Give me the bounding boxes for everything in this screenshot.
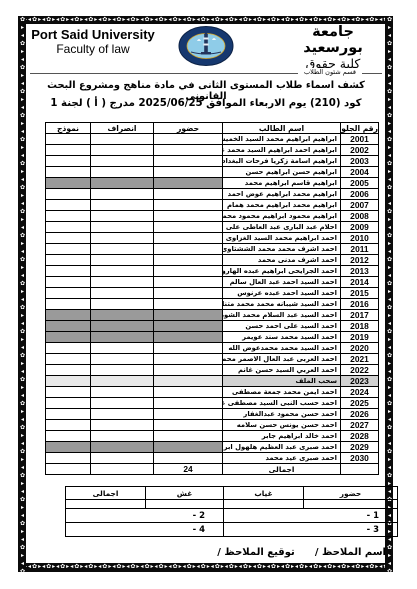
attendance-cell — [154, 255, 223, 266]
student-name-cell: احمد حسن يونس حسن سلامه — [223, 420, 341, 431]
note-line-2: 2 - — [66, 509, 224, 523]
attendance-cell — [154, 332, 223, 343]
seat-number-cell: 2010 — [341, 233, 379, 244]
seat-number-cell: 2025 — [341, 398, 379, 409]
attendance-header: حضور — [154, 123, 223, 134]
student-row: 2011احمد اشرف محمد محمد الششتاوى — [46, 244, 379, 255]
form-cell — [46, 387, 91, 398]
leave-cell — [91, 442, 154, 453]
form-header: نموذج — [46, 123, 91, 134]
seat-number-cell: 2007 — [341, 200, 379, 211]
attendance-cell — [154, 453, 223, 464]
student-row: 2018احمد السيد على احمد حسن — [46, 321, 379, 332]
student-row: 2028احمد خالد ابراهيم جابر — [46, 431, 379, 442]
seat-number-cell: 2021 — [341, 354, 379, 365]
leave-cell — [91, 277, 154, 288]
student-name-cell: احمد ايمن محمد جمعة مصطفى — [223, 387, 341, 398]
leave-cell — [91, 409, 154, 420]
attendance-cell — [154, 321, 223, 332]
student-row: 2010احمد ابراهيم محمد السيد الغزاوى — [46, 233, 379, 244]
form-cell — [46, 167, 91, 178]
attendance-cell — [154, 222, 223, 233]
student-name-cell: احمد حسب النبى السيد مصطفى على — [223, 398, 341, 409]
leave-cell — [91, 420, 154, 431]
leave-cell — [91, 134, 154, 145]
attendance-cell — [154, 299, 223, 310]
university-name-en-line: Port Said University — [28, 27, 158, 42]
seat-number-cell: 2002 — [341, 145, 379, 156]
university-name-arabic: جامعة بورسعيد كلية حقوق — [285, 24, 381, 71]
form-cell — [46, 365, 91, 376]
leave-cell — [91, 354, 154, 365]
form-cell — [46, 310, 91, 321]
student-name-cell: احمد السيد احمد عبده عرنوس — [223, 288, 341, 299]
total-label-cell: اجمالى — [223, 464, 341, 475]
form-cell — [46, 442, 91, 453]
summary-attendance-value-cell — [304, 500, 398, 509]
student-row: 2019احمد السيد محمد سند عويمر — [46, 332, 379, 343]
student-name-cell: احمد اشرف مدنى محمد — [223, 255, 341, 266]
summary-note-row-1: 1 - 2 - — [66, 509, 398, 523]
total-attendance-cell: 24 — [154, 464, 223, 475]
student-row: 2008ابراهيم محمود ابراهيم محمود محمد — [46, 211, 379, 222]
form-cell — [46, 244, 91, 255]
student-name-cell: احمد العربي السيد حسن غانم — [223, 365, 341, 376]
form-cell — [46, 134, 91, 145]
attendance-cell — [154, 442, 223, 453]
leave-cell — [91, 167, 154, 178]
seat-number-cell: 2024 — [341, 387, 379, 398]
student-name-cell: احمد السيد شيبانه محمد محمد متناوى — [223, 299, 341, 310]
form-cell — [46, 376, 91, 387]
student-name-cell: احمد صبرى عيد محمد — [223, 453, 341, 464]
form-cell — [46, 277, 91, 288]
seat-number-cell: 2022 — [341, 365, 379, 376]
attendance-cell — [154, 134, 223, 145]
student-row: 2001ابراهيم ابراهيم محمد السيد الخميسى — [46, 134, 379, 145]
seat-number-cell: 2001 — [341, 134, 379, 145]
student-name-cell: ابراهيم محمد ابراهيم عوض احمد — [223, 189, 341, 200]
student-name-cell: احمد حسن محمود عبدالغفار — [223, 409, 341, 420]
faculty-name-en-line: Faculty of law — [28, 42, 158, 56]
student-name-cell: احمد الجرايحى ابراهيم عبده الهارونى — [223, 266, 341, 277]
attendance-table: رقم الجلوس اسم الطالب حضور انصراف نموذج … — [45, 122, 379, 475]
total-seat-cell — [341, 464, 379, 475]
seat-number-cell: 2009 — [341, 222, 379, 233]
student-row: 2017احمد السيد عبد السلام محمد الشوه — [46, 310, 379, 321]
ornamental-border-top: ✿▸◂✿▸◂✿▸◂✿▸◂✿▸◂✿▸◂✿▸◂✿▸◂✿▸◂✿▸◂✿▸◂✿▸◂✿▸◂✿… — [18, 16, 393, 24]
form-cell — [46, 332, 91, 343]
student-row: 2016احمد السيد شيبانه محمد محمد متناوى — [46, 299, 379, 310]
student-row: 2005ابراهيم قاسم ابراهيم محمد — [46, 178, 379, 189]
student-name-cell: احمد اشرف محمد محمد الششتاوى — [223, 244, 341, 255]
form-cell — [46, 233, 91, 244]
attendance-cell — [154, 200, 223, 211]
form-cell — [46, 354, 91, 365]
leave-cell — [91, 332, 154, 343]
student-row: 2004ابراهيم حسن ابراهيم حسن — [46, 167, 379, 178]
student-row: 2027احمد حسن يونس حسن سلامه — [46, 420, 379, 431]
form-cell — [46, 453, 91, 464]
form-cell — [46, 288, 91, 299]
student-name-cell: احمد العربى عبد العال الاصمر محمد — [223, 354, 341, 365]
attendance-cell — [154, 233, 223, 244]
student-row: 2007ابراهيم محمد ابراهيم محمد همام — [46, 200, 379, 211]
summary-note-row-2: 3 - 4 - — [66, 523, 398, 537]
form-cell — [46, 222, 91, 233]
university-name-ar-line: جامعة بورسعيد — [285, 24, 381, 56]
student-name-cell: احمد ابراهيم محمد السيد الغزاوى — [223, 233, 341, 244]
note-line-1: 1 - — [224, 509, 398, 523]
attendance-table-body: 2001ابراهيم ابراهيم محمد السيد الخميسى20… — [46, 134, 379, 464]
observer-name-label: اسم الملاحظ / — [296, 547, 386, 558]
summary-cheating-value-cell — [146, 500, 224, 509]
form-cell — [46, 178, 91, 189]
form-cell — [46, 343, 91, 354]
leave-cell — [91, 343, 154, 354]
total-form-cell — [46, 464, 91, 475]
student-row: 2003ابراهيم اسامة زكريا فرحات البغدادى — [46, 156, 379, 167]
attendance-cell — [154, 178, 223, 189]
student-name-cell: احلام عبد البارى عبد العاطى على — [223, 222, 341, 233]
university-name-english: Port Said University Faculty of law — [28, 27, 158, 56]
student-name-cell: احمد السيد محمد سند عويمر — [223, 332, 341, 343]
student-row: 2015احمد السيد احمد عبده عرنوس — [46, 288, 379, 299]
student-name-cell: سحب الملف — [223, 376, 341, 387]
leave-cell — [91, 266, 154, 277]
ornamental-border-bottom: ✿▸◂✿▸◂✿▸◂✿▸◂✿▸◂✿▸◂✿▸◂✿▸◂✿▸◂✿▸◂✿▸◂✿▸◂✿▸◂✿… — [18, 563, 393, 572]
leave-cell — [91, 211, 154, 222]
seat-number-cell: 2003 — [341, 156, 379, 167]
seat-number-cell: 2028 — [341, 431, 379, 442]
student-name-cell: ابراهيم قاسم ابراهيم محمد — [223, 178, 341, 189]
student-row: 2030احمد صبرى عيد محمد — [46, 453, 379, 464]
seat-number-cell: 2011 — [341, 244, 379, 255]
attendance-cell — [154, 211, 223, 222]
student-row: 2024احمد ايمن محمد جمعة مصطفى — [46, 387, 379, 398]
leave-cell — [91, 145, 154, 156]
student-name-cell: ابراهيم حسن ابراهيم حسن — [223, 167, 341, 178]
leave-cell — [91, 376, 154, 387]
student-name-cell: احمد السيد احمد عبد العال سالم — [223, 277, 341, 288]
student-row: 2029احمد صبرى عبد العظيم هلهول ابراهيم — [46, 442, 379, 453]
form-cell — [46, 409, 91, 420]
seat-number-cell: 2015 — [341, 288, 379, 299]
summary-empty-row — [66, 500, 398, 509]
student-row: 2014احمد السيد احمد عبد العال سالم — [46, 277, 379, 288]
form-cell — [46, 431, 91, 442]
attendance-cell — [154, 288, 223, 299]
form-cell — [46, 321, 91, 332]
sheet-subtitle: كود (210) يوم الاربعاء الموافق 2025/06/2… — [30, 98, 382, 109]
form-cell — [46, 420, 91, 431]
form-cell — [46, 255, 91, 266]
student-row: 2021احمد العربى عبد العال الاصمر محمد — [46, 354, 379, 365]
seat-number-cell: 2005 — [341, 178, 379, 189]
attendance-cell — [154, 189, 223, 200]
attendance-cell — [154, 277, 223, 288]
student-row: 2002ابراهيم احمد ابراهيم السيد محمد عبد … — [46, 145, 379, 156]
seat-number-cell: 2019 — [341, 332, 379, 343]
summary-table: حضور غياب غش اجمالى 1 - 2 - 3 - 4 - — [65, 486, 398, 537]
student-row: 2022احمد العربي السيد حسن غانم — [46, 365, 379, 376]
seat-number-cell: 2026 — [341, 409, 379, 420]
leave-cell — [91, 178, 154, 189]
attendance-cell — [154, 431, 223, 442]
attendance-cell — [154, 266, 223, 277]
leave-cell — [91, 453, 154, 464]
leave-cell — [91, 156, 154, 167]
summary-total-header: اجمالى — [66, 487, 146, 500]
leave-cell — [91, 310, 154, 321]
form-cell — [46, 145, 91, 156]
seat-number-cell: 2016 — [341, 299, 379, 310]
attendance-table-header-row: رقم الجلوس اسم الطالب حضور انصراف نموذج — [46, 123, 379, 134]
seat-number-cell: 2018 — [341, 321, 379, 332]
student-name-cell: ابراهيم اسامة زكريا فرحات البغدادى — [223, 156, 341, 167]
summary-absence-header: غياب — [224, 487, 304, 500]
university-logo-icon — [177, 25, 235, 67]
total-row: اجمالى 24 — [46, 464, 379, 475]
attendance-cell — [154, 343, 223, 354]
form-cell — [46, 299, 91, 310]
attendance-cell — [154, 354, 223, 365]
leave-cell — [91, 288, 154, 299]
leave-cell — [91, 200, 154, 211]
leave-cell — [91, 255, 154, 266]
student-row: 2012احمد اشرف مدنى محمد — [46, 255, 379, 266]
attendance-cell — [154, 387, 223, 398]
student-name-cell: احمد السيد محمد محمدعوض الله — [223, 343, 341, 354]
student-name-header: اسم الطالب — [223, 123, 341, 134]
summary-header-row: حضور غياب غش اجمالى — [66, 487, 398, 500]
seat-number-cell: 2013 — [341, 266, 379, 277]
summary-absence-value-cell — [224, 500, 304, 509]
student-name-cell: احمد خالد ابراهيم جابر — [223, 431, 341, 442]
department-label: قسم شئون الطلاب — [298, 68, 362, 76]
leave-cell — [91, 244, 154, 255]
summary-cheating-header: غش — [146, 487, 224, 500]
summary-attendance-header: حضور — [304, 487, 398, 500]
leave-cell — [91, 222, 154, 233]
student-row: 2013احمد الجرايحى ابراهيم عبده الهارونى — [46, 266, 379, 277]
seat-number-cell: 2017 — [341, 310, 379, 321]
note-line-4: 4 - — [66, 523, 224, 537]
student-row: 2009احلام عبد البارى عبد العاطى على — [46, 222, 379, 233]
seat-number-cell: 2008 — [341, 211, 379, 222]
form-cell — [46, 200, 91, 211]
ornamental-border-left: ✿▸◂✿▸◂✿▸◂✿▸◂✿▸◂✿▸◂✿▸◂✿▸◂✿▸◂✿▸◂✿▸◂✿▸◂✿▸◂✿… — [18, 16, 26, 572]
seat-number-cell: 2012 — [341, 255, 379, 266]
form-cell — [46, 398, 91, 409]
attendance-cell — [154, 409, 223, 420]
note-line-3: 3 - — [224, 523, 398, 537]
seat-number-cell: 2023 — [341, 376, 379, 387]
form-cell — [46, 156, 91, 167]
leave-cell — [91, 431, 154, 442]
leave-cell — [91, 387, 154, 398]
observer-signature-label: توقيع الملاحظ / — [216, 547, 296, 558]
attendance-cell — [154, 420, 223, 431]
total-leave-cell — [91, 464, 154, 475]
attendance-sheet-page: ✿▸◂✿▸◂✿▸◂✿▸◂✿▸◂✿▸◂✿▸◂✿▸◂✿▸◂✿▸◂✿▸◂✿▸◂✿▸◂✿… — [0, 0, 417, 589]
student-name-cell: ابراهيم محمود ابراهيم محمود محمد — [223, 211, 341, 222]
summary-total-value-cell — [66, 500, 146, 509]
attendance-cell — [154, 398, 223, 409]
leave-cell — [91, 321, 154, 332]
seat-number-cell: 2029 — [341, 442, 379, 453]
seat-number-cell: 2014 — [341, 277, 379, 288]
seat-number-header: رقم الجلوس — [341, 123, 379, 134]
seat-number-cell: 2020 — [341, 343, 379, 354]
seat-number-cell: 2027 — [341, 420, 379, 431]
attendance-cell — [154, 167, 223, 178]
student-row: 2026احمد حسن محمود عبدالغفار — [46, 409, 379, 420]
student-row: 2006ابراهيم محمد ابراهيم عوض احمد — [46, 189, 379, 200]
attendance-cell — [154, 244, 223, 255]
attendance-cell — [154, 156, 223, 167]
student-name-cell: احمد السيد عبد السلام محمد الشوه — [223, 310, 341, 321]
form-cell — [46, 266, 91, 277]
leave-cell — [91, 233, 154, 244]
student-row: 2023سحب الملف — [46, 376, 379, 387]
student-name-cell: ابراهيم احمد ابراهيم السيد محمد عبد الرح… — [223, 145, 341, 156]
leave-cell — [91, 299, 154, 310]
form-cell — [46, 189, 91, 200]
leave-cell — [91, 398, 154, 409]
seat-number-cell: 2006 — [341, 189, 379, 200]
leave-header: انصراف — [91, 123, 154, 134]
seat-number-cell: 2004 — [341, 167, 379, 178]
student-name-cell: احمد السيد على احمد حسن — [223, 321, 341, 332]
attendance-cell — [154, 145, 223, 156]
form-cell — [46, 211, 91, 222]
attendance-cell — [154, 310, 223, 321]
student-name-cell: احمد صبرى عبد العظيم هلهول ابراهيم — [223, 442, 341, 453]
student-row: 2020احمد السيد محمد محمدعوض الله — [46, 343, 379, 354]
attendance-cell — [154, 376, 223, 387]
seat-number-cell: 2030 — [341, 453, 379, 464]
student-name-cell: ابراهيم ابراهيم محمد السيد الخميسى — [223, 134, 341, 145]
leave-cell — [91, 189, 154, 200]
attendance-cell — [154, 365, 223, 376]
leave-cell — [91, 365, 154, 376]
student-name-cell: ابراهيم محمد ابراهيم محمد همام — [223, 200, 341, 211]
student-row: 2025احمد حسب النبى السيد مصطفى على — [46, 398, 379, 409]
